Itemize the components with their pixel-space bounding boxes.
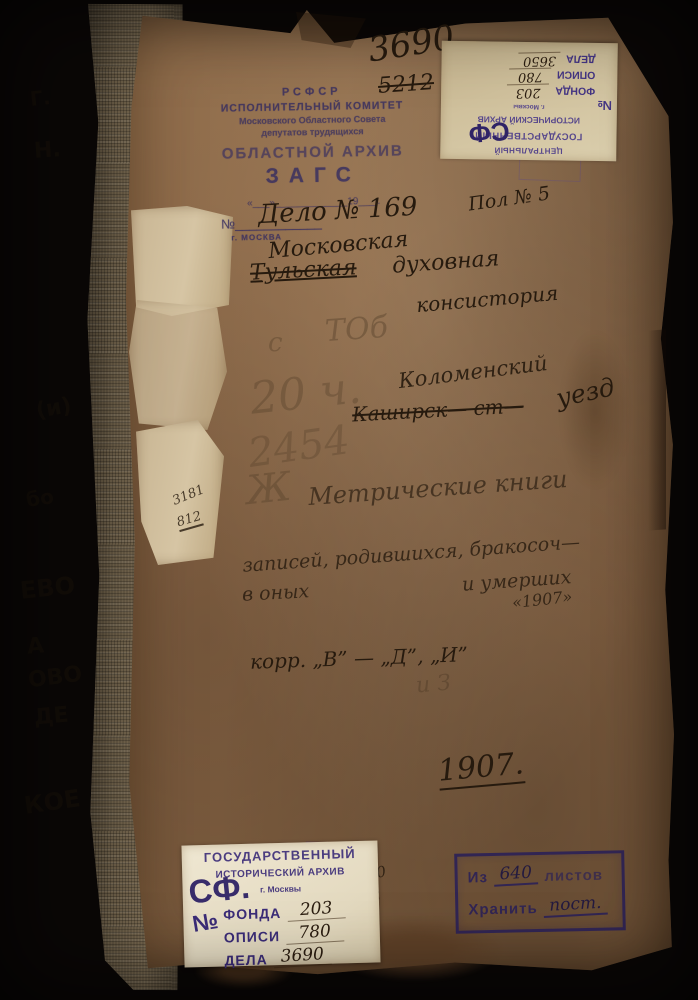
torn-edge-shadow bbox=[648, 329, 666, 530]
spine-letter: бо bbox=[24, 484, 55, 512]
upper-right-archive-label: ЦЕНТРАЛЬНЫЙ ГОСУДАРСТВЕННЫЙ ИСТОРИЧЕСКИЙ… bbox=[440, 41, 618, 161]
spine-letter: ОВО bbox=[27, 662, 84, 693]
spine-letter: ДЕ bbox=[33, 703, 70, 731]
archive-org-city: г. Москвы bbox=[441, 102, 617, 116]
torn-label-remnant bbox=[129, 300, 227, 430]
opis-field-label: ОПИСИ bbox=[224, 928, 281, 945]
word-khranit: Хранить bbox=[468, 900, 538, 918]
spine-letter: (и) bbox=[34, 393, 73, 424]
fond-field-value: 203 bbox=[287, 897, 346, 922]
sheet-count-stamp: Из 640 листов Хранить пост. bbox=[454, 850, 626, 934]
number-sign: № bbox=[597, 98, 612, 113]
spine-letter: Г. bbox=[29, 85, 52, 111]
spine-letter: КОЕ bbox=[22, 784, 82, 820]
pencil-mark: и З bbox=[415, 671, 452, 699]
stamp-line: ИСПОЛНИТЕЛЬНЫЙ КОМИТЕТ bbox=[205, 99, 419, 115]
opis-field-label: ОПИСИ bbox=[557, 68, 596, 81]
year-big: 1907. bbox=[437, 746, 526, 790]
fond-field-label: ФОНДА bbox=[223, 905, 281, 923]
fond-field-label: ФОНДА bbox=[555, 84, 595, 97]
delo-field-value: 3690 bbox=[273, 944, 332, 969]
word-listov: листов bbox=[544, 867, 603, 885]
delo-field-label: ДЕЛА bbox=[566, 53, 596, 65]
spine-letter: А bbox=[26, 633, 45, 659]
v-onykh-line: в оных bbox=[241, 580, 309, 605]
sf-overstamp: СФ. bbox=[187, 868, 252, 912]
archival-file-cover-photo: Г. Н. (и) бо ЕВО А ОВО ДЕ КОЕ 3181 812 3… bbox=[0, 0, 698, 1000]
delo-field-value: 3650 bbox=[518, 52, 560, 69]
sheet-count-value: 640 bbox=[493, 862, 539, 886]
pencil-mark: ТОб bbox=[324, 310, 389, 349]
opis-field-value: 780 bbox=[285, 920, 344, 945]
spine-letter: ЕВО bbox=[19, 571, 77, 605]
pencil-mark: Ж bbox=[244, 464, 294, 514]
fond-field-value: 203 bbox=[507, 84, 549, 101]
word-iz: Из bbox=[468, 869, 489, 886]
opis-field-value: 780 bbox=[509, 68, 551, 85]
stamp-line: ОБЛАСТНОЙ АРХИВ bbox=[206, 142, 420, 163]
bottom-left-archive-label: ГОСУДАРСТВЕННЫЙ ИСТОРИЧЕСКИЙ АРХИВ г. Мо… bbox=[181, 840, 380, 967]
sf-overstamp: СФ bbox=[467, 115, 510, 149]
number-sign: № bbox=[190, 907, 220, 938]
stamp-line: депутатов трудящихся bbox=[205, 125, 419, 139]
pencil-mark: с bbox=[268, 328, 283, 358]
stamp-line: РСФСР bbox=[205, 84, 419, 100]
khranit-value: пост. bbox=[543, 892, 608, 918]
stamp-line: ЗАГС bbox=[206, 162, 420, 190]
archive-org-name: ГОСУДАРСТВЕННЫЙ bbox=[440, 129, 616, 147]
archive-org-name: ЦЕНТРАЛЬНЫЙ bbox=[440, 145, 616, 161]
spine-letter: Н. bbox=[33, 137, 61, 164]
delo-field-label: ДЕЛА bbox=[224, 951, 268, 968]
